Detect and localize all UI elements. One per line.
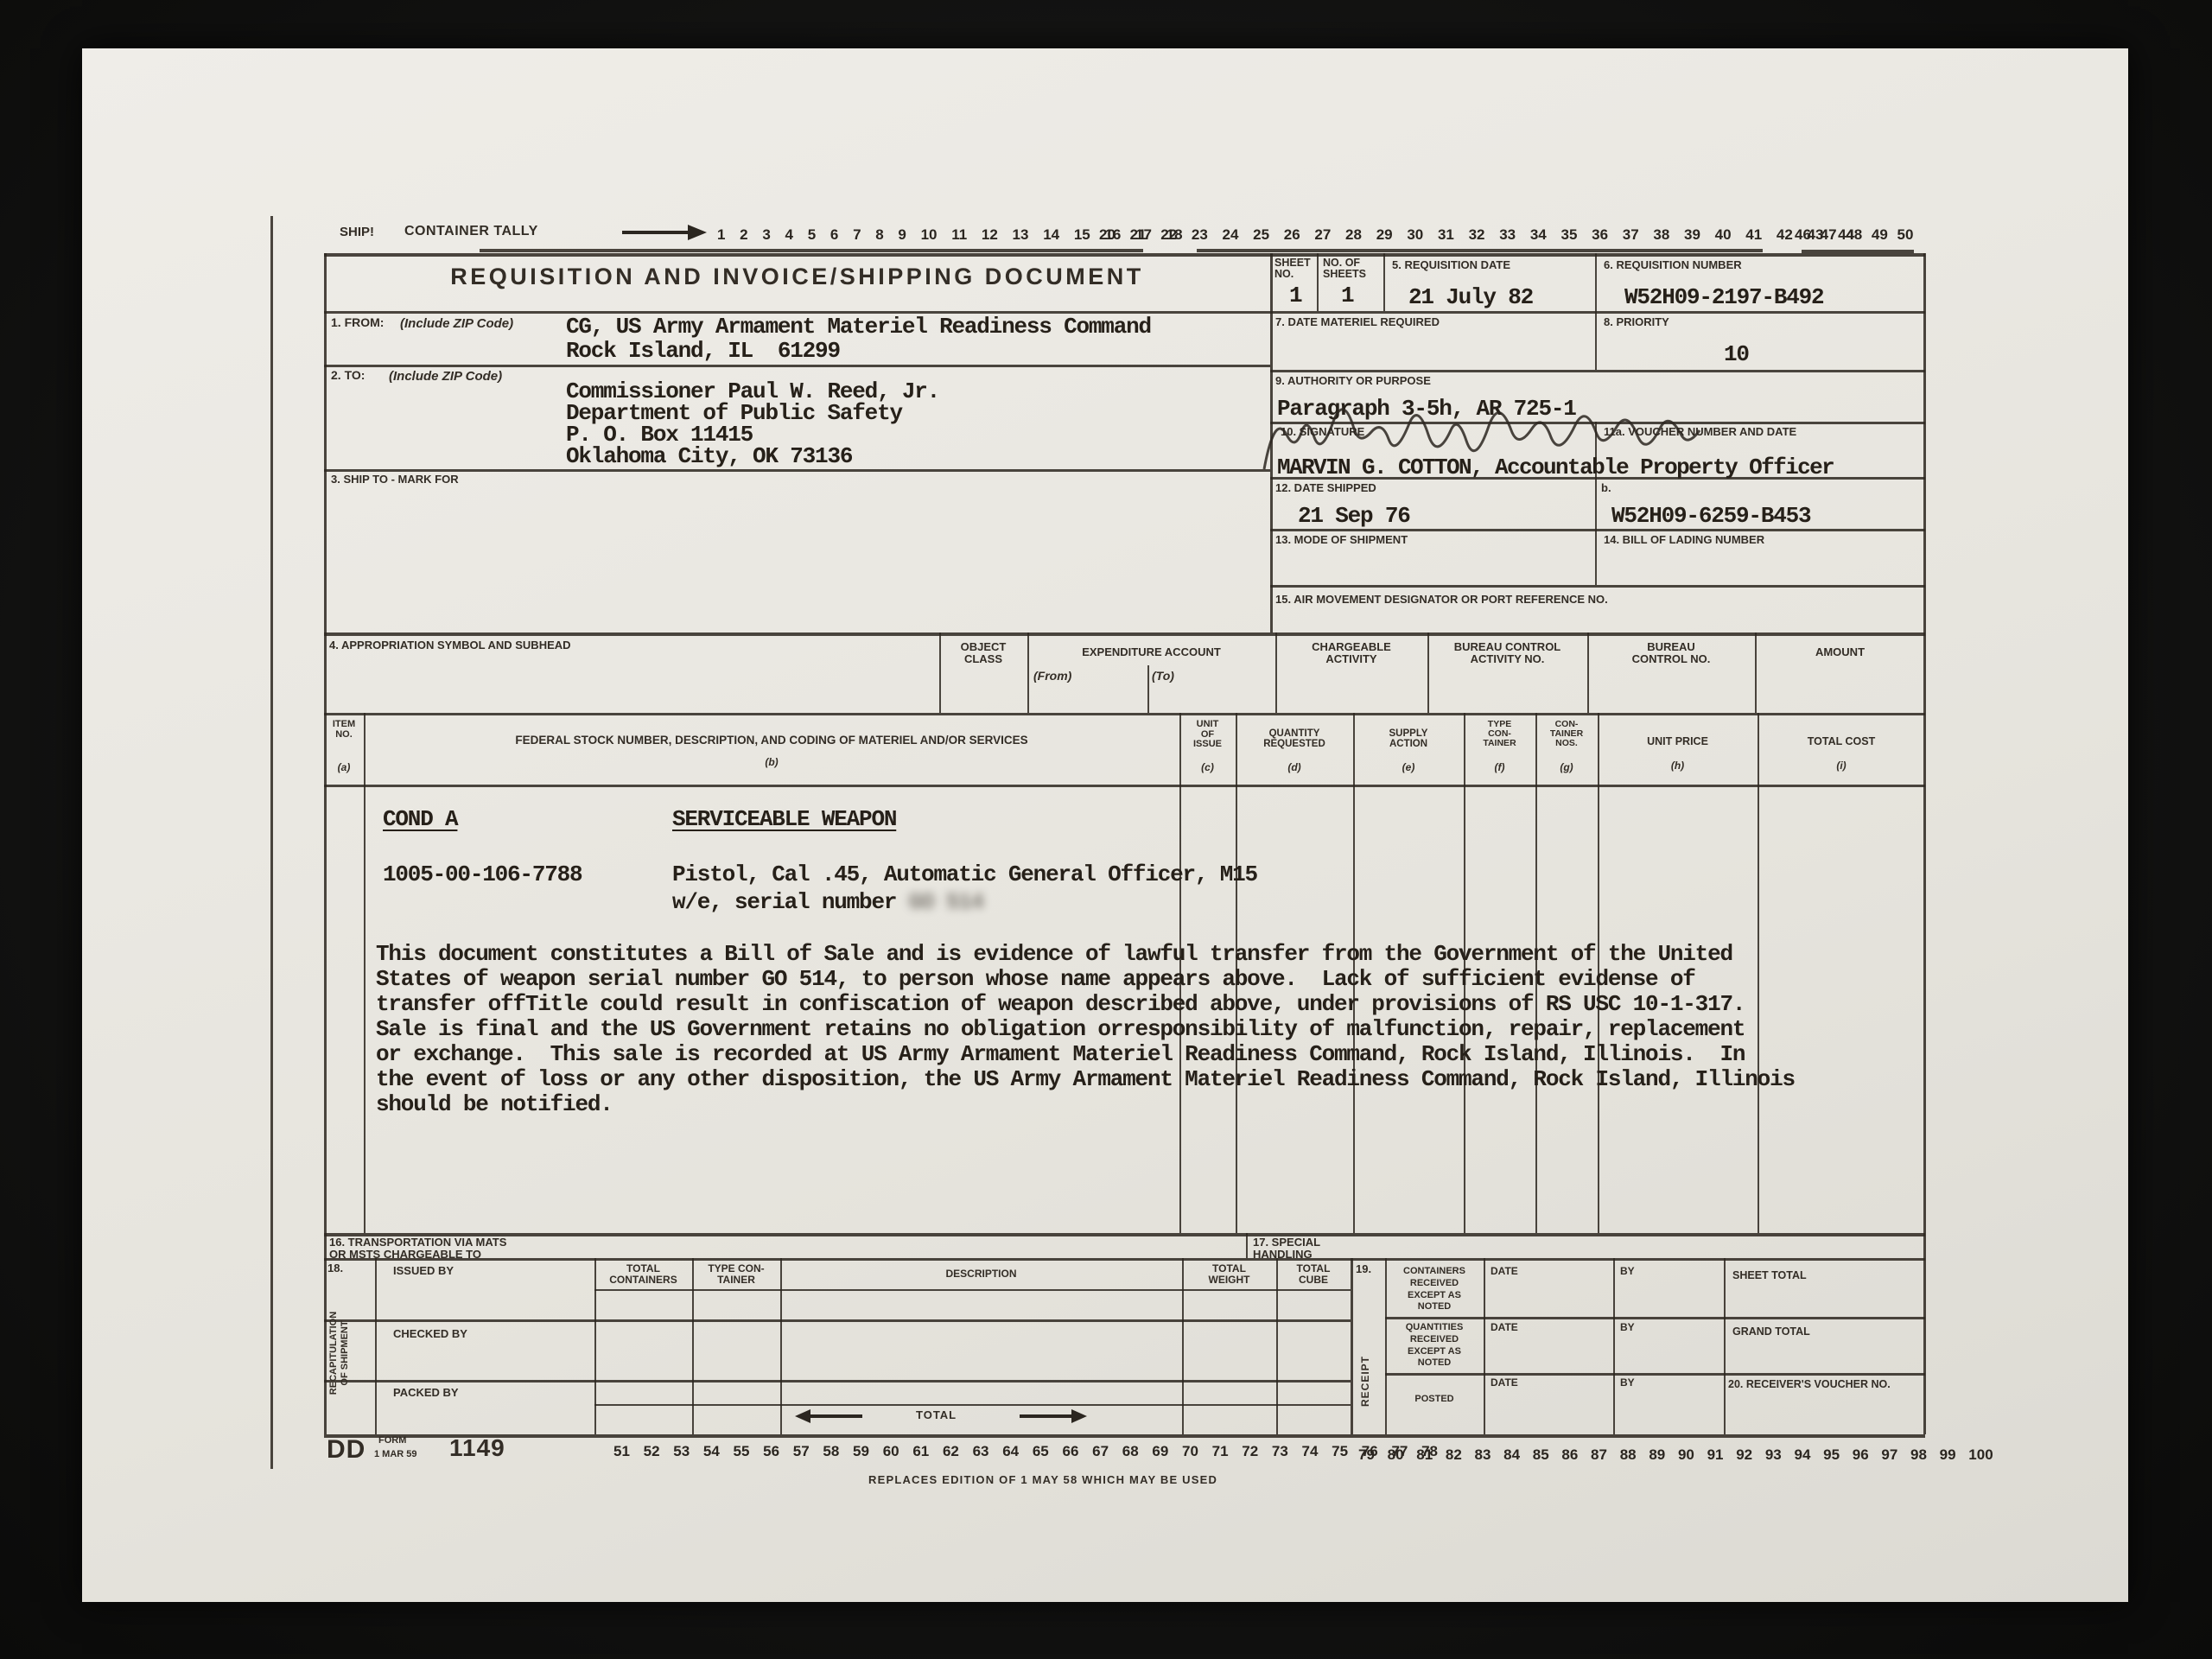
object-class-label: OBJECT CLASS — [939, 641, 1027, 664]
total-right-arrow-icon — [1018, 1408, 1087, 1424]
requisition-number-value: W52H09-2197-B492 — [1624, 285, 1823, 311]
grid-line-v — [1027, 632, 1029, 713]
mode-of-shipment-label: 13. MODE OF SHIPMENT — [1275, 534, 1408, 546]
appropriation-label: 4. APPROPRIATION SYMBOL AND SUBHEAD — [329, 639, 571, 652]
description-label: DESCRIPTION — [780, 1268, 1182, 1280]
recapitulation-vertical-label: RECAPITULATION OF SHIPMENT — [328, 1279, 350, 1427]
no-of-sheets-value: 1 — [1341, 283, 1353, 309]
grid-line-h — [324, 1434, 1925, 1438]
requisition-date-label: 5. REQUISITION DATE — [1392, 259, 1510, 271]
date-shipped-value: 21 Sep 76 — [1298, 504, 1410, 530]
col-a-letter: (a) — [324, 762, 364, 773]
grid-line-h — [1270, 311, 1925, 314]
grid-line-v — [324, 253, 327, 1434]
grid-line-h — [324, 1380, 1351, 1382]
dd-form-date: 1 MAR 59 — [374, 1450, 417, 1460]
bill-of-sale-line6: the event of loss or any other dispositi… — [376, 1067, 1795, 1093]
transportation-label: 16. TRANSPORTATION VIA MATS OR MSTS CHAR… — [329, 1236, 506, 1260]
receivers-voucher-label: 20. RECEIVER'S VOUCHER NO. — [1728, 1379, 1891, 1390]
grid-line-h — [594, 1404, 1351, 1406]
chargeable-activity-label: CHARGEABLE ACTIVITY — [1275, 641, 1427, 664]
dd-form-word: FORM — [378, 1436, 406, 1446]
total-cube-label: TOTAL CUBE — [1276, 1263, 1351, 1285]
bureau-control-activity-label: BUREAU CONTROL ACTIVITY NO. — [1427, 641, 1587, 664]
sheet-no-label: SHEET NO. — [1274, 257, 1311, 280]
tally-numbers-51-78: 51 52 53 54 55 56 57 58 59 60 61 62 63 6… — [613, 1443, 1438, 1460]
authority-label: 9. AUTHORITY OR PURPOSE — [1275, 375, 1431, 387]
grid-line-v — [1317, 253, 1319, 311]
posted-date-label: DATE — [1491, 1377, 1518, 1389]
tally-numbers-20-44: 20 21 22 23 24 25 26 27 28 29 30 31 32 3… — [1099, 226, 1854, 244]
col-f-label: TYPE CON- TAINER — [1464, 720, 1535, 748]
priority-label: 8. PRIORITY — [1604, 316, 1669, 328]
col-i-letter: (i) — [1758, 760, 1925, 772]
grid-line-h — [324, 713, 1925, 715]
grid-line-h — [324, 1319, 1351, 1322]
grid-line-h — [324, 469, 1270, 472]
grid-line-h — [324, 1258, 1925, 1261]
total-label: TOTAL — [916, 1409, 957, 1421]
containers-by-label: BY — [1620, 1266, 1635, 1277]
col-b-label: FEDERAL STOCK NUMBER, DESCRIPTION, AND C… — [364, 734, 1179, 747]
bill-of-sale-line4: Sale is final and the US Government reta… — [376, 1017, 1745, 1043]
expenditure-from-label: (From) — [1033, 670, 1071, 683]
grid-line-v — [1758, 713, 1759, 1233]
receipt-vertical-label: RECEIPT — [1360, 1305, 1372, 1407]
containers-date-label: DATE — [1491, 1266, 1518, 1277]
ship-label: SHIP! — [340, 226, 374, 239]
total-weight-label: TOTAL WEIGHT — [1182, 1263, 1276, 1285]
date-materiel-required-label: 7. DATE MATERIEL REQUIRED — [1275, 316, 1440, 328]
voucher-number-value: W52H09-6259-B453 — [1611, 504, 1810, 530]
col-d-letter: (d) — [1236, 762, 1353, 773]
grid-line-v — [1724, 1258, 1726, 1434]
voucher-sub-label: b. — [1601, 482, 1611, 494]
grid-line-v — [1613, 1258, 1615, 1434]
col-f-letter: (f) — [1464, 762, 1535, 773]
col-d-label: QUANTITY REQUESTED — [1236, 728, 1353, 749]
col-e-label: SUPPLY ACTION — [1353, 728, 1464, 749]
col-c-letter: (c) — [1179, 762, 1236, 773]
serial-number-redacted: GO 514 — [909, 889, 983, 915]
grid-line-v — [1246, 1233, 1248, 1258]
containers-received-label: CONTAINERS RECEIVED EXCEPT AS NOTED — [1385, 1266, 1484, 1313]
grid-line-v — [1755, 632, 1757, 713]
col-h-letter: (h) — [1598, 760, 1758, 772]
bill-of-sale-line5: or exchange. This sale is recorded at US… — [376, 1042, 1745, 1068]
grid-line-v — [364, 713, 365, 1233]
grand-total-label: GRAND TOTAL — [1732, 1326, 1810, 1338]
to-zip-note: (Include ZIP Code) — [389, 370, 502, 384]
from-address-line2: Rock Island, IL 61299 — [566, 339, 840, 365]
box19-number: 19. — [1356, 1263, 1371, 1275]
grid-line-h — [1197, 249, 1763, 252]
col-g-letter: (g) — [1535, 762, 1598, 773]
sheet-total-label: SHEET TOTAL — [1732, 1270, 1807, 1281]
checked-by-label: CHECKED BY — [393, 1328, 467, 1340]
box18-number: 18. — [327, 1262, 343, 1274]
total-left-arrow-icon — [795, 1408, 864, 1424]
expenditure-to-label: (To) — [1152, 670, 1174, 683]
bureau-control-no-label: BUREAU CONTROL NO. — [1587, 641, 1755, 664]
col-i-label: TOTAL COST — [1758, 736, 1925, 747]
no-of-sheets-label: NO. OF SHEETS — [1323, 257, 1366, 280]
grid-line-h — [480, 249, 1143, 252]
date-shipped-label: 12. DATE SHIPPED — [1275, 482, 1376, 494]
grid-line-v — [375, 1258, 377, 1434]
packed-by-label: PACKED BY — [393, 1387, 459, 1399]
grid-line-v — [780, 1258, 782, 1434]
col-e-letter: (e) — [1353, 762, 1464, 773]
grid-line-h — [1270, 370, 1925, 372]
tally-arrow-icon — [620, 223, 707, 242]
bill-of-sale-line1: This document constitutes a Bill of Sale… — [376, 942, 1732, 968]
from-zip-note: (Include ZIP Code) — [400, 317, 513, 331]
col-a-label: ITEM NO. — [324, 720, 364, 740]
bill-of-sale-line3: transfer offTitle could result in confis… — [376, 992, 1745, 1018]
from-label: 1. FROM: — [331, 316, 384, 329]
grid-line-v — [270, 216, 273, 1469]
grid-line-h — [324, 632, 1925, 636]
amount-label: AMOUNT — [1755, 646, 1925, 658]
grid-line-v — [1923, 253, 1926, 1434]
scanned-document-photo: SHIP! CONTAINER TALLY 1 2 3 4 5 6 7 8 9 … — [0, 0, 2212, 1659]
grid-line-h — [594, 1289, 1351, 1291]
bill-of-sale-line7: should be notified. — [376, 1092, 613, 1118]
priority-value: 10 — [1724, 342, 1749, 368]
posted-label: POSTED — [1385, 1395, 1484, 1405]
special-handling-label: 17. SPECIAL HANDLING — [1253, 1236, 1320, 1260]
signature-name-value: MARVIN G. COTTON, Accountable Property O… — [1277, 455, 1834, 481]
item-description-line2: w/e, serial number GO 514 — [672, 890, 983, 916]
expenditure-account-label: EXPENDITURE ACCOUNT — [1033, 646, 1270, 658]
form-title: REQUISITION AND INVOICE/SHIPPING DOCUMEN… — [324, 264, 1270, 289]
item-description-line1: Pistol, Cal .45, Automatic General Offic… — [672, 862, 1257, 888]
dd-form-prefix: DD — [327, 1436, 365, 1464]
requisition-date-value: 21 July 82 — [1408, 285, 1533, 311]
grid-line-v — [1595, 253, 1597, 370]
grid-line-h — [1385, 1317, 1925, 1319]
type-container-label: TYPE CON- TAINER — [692, 1263, 780, 1285]
tally-numbers-46-50: 46 47 48 49 50 — [1795, 226, 1913, 244]
item-condition: COND A — [383, 807, 457, 833]
grid-line-v — [1147, 665, 1149, 713]
air-movement-label: 15. AIR MOVEMENT DESIGNATOR OR PORT REFE… — [1275, 594, 1608, 606]
grid-line-h — [324, 785, 1925, 787]
grid-line-h — [324, 253, 1925, 257]
requisition-number-label: 6. REQUISITION NUMBER — [1604, 259, 1742, 271]
col-b-letter: (b) — [364, 757, 1179, 768]
to-address: Commissioner Paul W. Reed, Jr. Departmen… — [566, 381, 939, 467]
grid-line-v — [1351, 1258, 1353, 1434]
grid-line-h — [324, 365, 1270, 367]
grid-line-h — [1270, 585, 1925, 588]
item-stock-number: 1005-00-106-7788 — [383, 862, 582, 888]
issued-by-label: ISSUED BY — [393, 1265, 454, 1277]
grid-line-v — [1383, 253, 1385, 311]
total-containers-label: TOTAL CONTAINERS — [594, 1263, 692, 1285]
from-address-line1: CG, US Army Armament Materiel Readiness … — [566, 315, 1151, 340]
col-c-label: UNIT OF ISSUE — [1179, 720, 1236, 750]
bill-of-lading-label: 14. BILL OF LADING NUMBER — [1604, 534, 1764, 546]
col-h-label: UNIT PRICE — [1598, 736, 1758, 747]
tally-numbers-79-100: 79 80 81 82 83 84 85 86 87 88 89 90 91 9… — [1358, 1446, 1993, 1464]
quantities-date-label: DATE — [1491, 1322, 1518, 1333]
quantities-received-label: QUANTITIES RECEIVED EXCEPT AS NOTED — [1385, 1322, 1484, 1370]
col-g-label: CON- TAINER NOS. — [1535, 720, 1598, 748]
dd-form-number: 1149 — [449, 1435, 505, 1460]
to-label: 2. TO: — [331, 369, 365, 382]
grid-line-h — [1385, 1373, 1925, 1376]
ship-to-label: 3. SHIP TO - MARK FOR — [331, 474, 459, 486]
grid-line-v — [1484, 1258, 1485, 1434]
posted-by-label: BY — [1620, 1377, 1635, 1389]
item-category: SERVICEABLE WEAPON — [672, 807, 896, 833]
container-tally-label: CONTAINER TALLY — [404, 225, 538, 239]
bill-of-sale-line2: States of weapon serial number GO 514, t… — [376, 967, 1695, 993]
replaces-edition-note: REPLACES EDITION OF 1 MAY 58 WHICH MAY B… — [868, 1474, 1217, 1486]
sheet-no-value: 1 — [1289, 283, 1301, 309]
quantities-by-label: BY — [1620, 1322, 1635, 1333]
grid-line-h — [324, 1233, 1925, 1236]
